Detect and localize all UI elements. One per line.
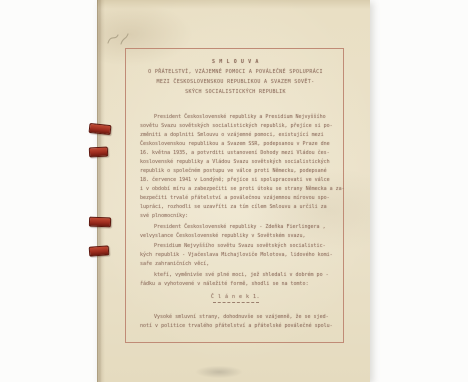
scanned-document-view: S M L O U V A O PŘÁTELSTVÍ, VZÁJEMNÉ POM… bbox=[0, 0, 468, 382]
binding-cord bbox=[89, 217, 111, 228]
article-heading: Č l á n e k 1. bbox=[140, 294, 331, 301]
text-line: President Československé republiky a Pre… bbox=[140, 113, 331, 122]
plenipotentiary-ussr-paragraph: Presidium Nejvyššího sovětu Svazu sověts… bbox=[140, 242, 331, 269]
text-line: kých republik - Vjačeslava Michajloviče … bbox=[140, 251, 331, 260]
text-line: President Československé republiky - Zde… bbox=[140, 223, 331, 232]
plenipotentiary-cs-paragraph: President Československé republiky - Zde… bbox=[140, 223, 331, 241]
binding-cord bbox=[89, 245, 110, 256]
subtitle-line: MEZI ČESKOSLOVENSKOU REPUBLIKOU A SVAZEM… bbox=[140, 77, 331, 87]
text-line: Vysoké smluvní strany, dohodnuvše se vzá… bbox=[140, 313, 331, 322]
text-line: notí v politice trvalého přátelství a př… bbox=[140, 322, 331, 331]
text-line: změniti a doplniti Smlouvu o vzájemné po… bbox=[140, 131, 331, 140]
text-line: i v období míru a zabezpečiti se proti ú… bbox=[140, 185, 331, 194]
preamble-paragraph: President Československé republiky a Pre… bbox=[140, 113, 331, 221]
document-text: S M L O U V A O PŘÁTELSTVÍ, VZÁJEMNÉ POM… bbox=[140, 57, 331, 331]
text-line: kteří, vyměnivše své plné moci, jež shle… bbox=[140, 271, 331, 280]
document-title: S M L O U V A bbox=[140, 57, 331, 67]
text-line: své plnomocníky: bbox=[140, 212, 331, 221]
text-line: Československou republikou a Svazem SSR,… bbox=[140, 140, 331, 149]
binding-cord bbox=[89, 147, 108, 158]
text-line: velvyslance Československé republiky v S… bbox=[140, 232, 331, 241]
pencil-mark bbox=[105, 30, 131, 48]
text-line: sovětu Svazu sovětských socialistických … bbox=[140, 122, 331, 131]
text-line: bezpečiti trvalé přátelství a poválečnou… bbox=[140, 194, 331, 203]
binding-cord bbox=[89, 123, 112, 135]
subtitle-line: O PŘÁTELSTVÍ, VZÁJEMNÉ POMOCI A POVÁLEČN… bbox=[140, 67, 331, 77]
credentials-paragraph: kteří, vyměnivše své plné moci, jež shle… bbox=[140, 271, 331, 289]
article1-paragraph: Vysoké smluvní strany, dohodnuvše se vzá… bbox=[140, 313, 331, 331]
text-line: 18. července 1941 v Londýně; přejíce si … bbox=[140, 176, 331, 185]
article-heading-underline bbox=[213, 302, 259, 303]
text-line: koslovenské republiky a Vládou Svazu sov… bbox=[140, 158, 331, 167]
text-line: Presidium Nejvyššího sovětu Svazu sověts… bbox=[140, 242, 331, 251]
text-line: 16. května 1935, a potvrditi ustanovení … bbox=[140, 149, 331, 158]
text-line: řádku a vyhotovené v náležité formě, sho… bbox=[140, 280, 331, 289]
subtitle-line: SKÝCH SOCIALISTICKÝCH REPUBLIK bbox=[140, 87, 331, 97]
text-line: republik o společném postupu ve válce pr… bbox=[140, 167, 331, 176]
document-page: S M L O U V A O PŘÁTELSTVÍ, VZÁJEMNÉ POM… bbox=[97, 0, 370, 382]
text-line: saře zahraničních věcí, bbox=[140, 260, 331, 269]
text-line: lupráci, rozhodli se uzavříti za tím cíl… bbox=[140, 203, 331, 212]
